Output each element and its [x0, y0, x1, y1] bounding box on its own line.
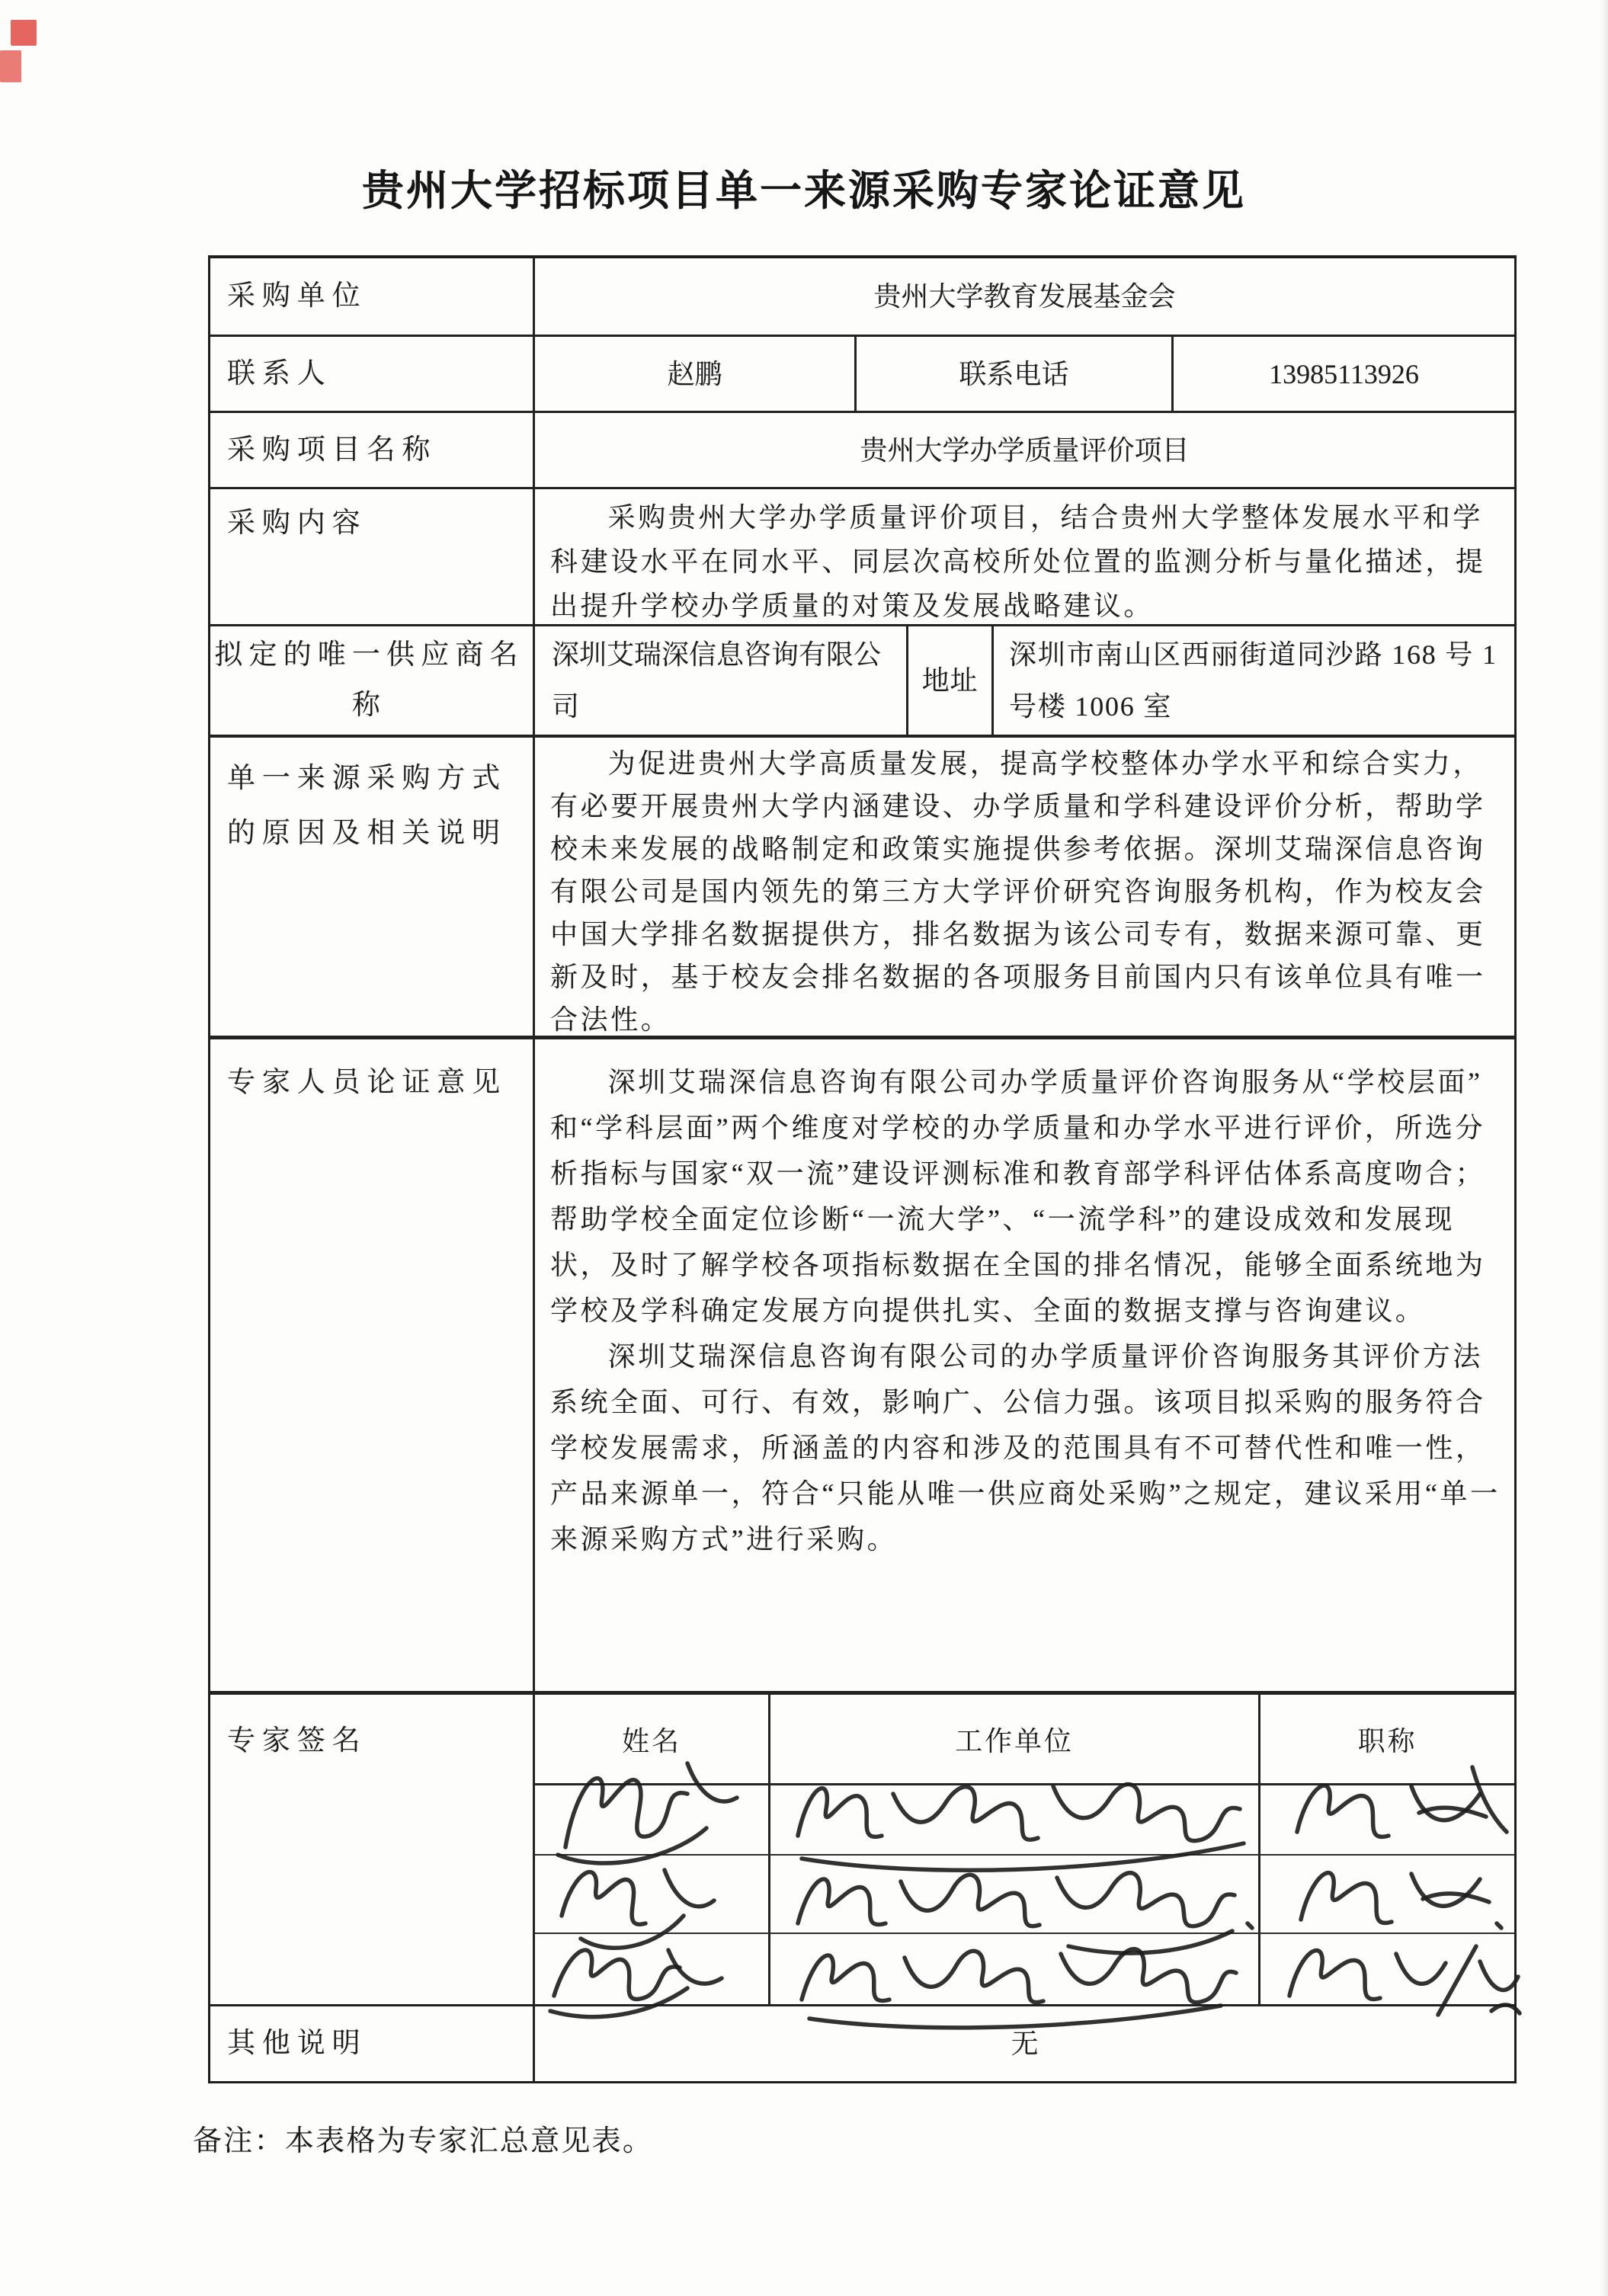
expert-signature-label: 专家签名 — [210, 1695, 533, 2004]
supplier-address: 深圳市南山区西丽街道同沙路 168 号 1 号楼 1006 室 — [991, 626, 1514, 735]
signature-row-1-title-cell — [1258, 1785, 1514, 1854]
procurement-opinion-table: 采购单位 贵州大学教育发展基金会 联系人 赵鹏 联系电话 13985113926… — [208, 255, 1517, 2083]
expert-opinion-paragraph-2: 深圳艾瑞深信息咨询有限公司的办学质量评价咨询服务其评价方法系统全面、可行、有效，… — [550, 1334, 1501, 1562]
contact-phone-label: 联系电话 — [854, 337, 1171, 411]
red-scan-artifact — [11, 20, 37, 46]
supplier-name: 深圳艾瑞深信息咨询有限公司 — [533, 626, 906, 735]
scan-edge-shadow — [1600, 0, 1608, 2296]
supplier-label: 拟定的唯一供应商名称 — [210, 626, 533, 735]
signature-header-row: 姓名 工作单位 职称 — [535, 1695, 1514, 1785]
signature-row-2 — [535, 1856, 1514, 1933]
expert-opinion-text: 深圳艾瑞深信息咨询有限公司办学质量评价咨询服务从“学校层面”和“学科层面”两个维… — [533, 1039, 1514, 1691]
purchase-content-label: 采购内容 — [210, 489, 533, 624]
expert-opinion-label: 专家人员论证意见 — [210, 1039, 533, 1691]
other-notes-label: 其他说明 — [210, 2006, 533, 2081]
signature-header-unit: 工作单位 — [768, 1695, 1258, 1783]
signature-row-1-unit-cell — [768, 1785, 1258, 1854]
document-title: 贵州大学招标项目单一来源采购专家论证意见 — [0, 157, 1608, 217]
signature-row-2-title-cell — [1258, 1856, 1514, 1932]
purchasing-unit-value: 贵州大学教育发展基金会 — [533, 258, 1514, 335]
contact-phone: 13985113926 — [1171, 337, 1514, 411]
signature-row-3 — [535, 1934, 1514, 2004]
signature-header-name: 姓名 — [535, 1695, 768, 1783]
row-purchasing-unit: 采购单位 贵州大学教育发展基金会 — [210, 258, 1514, 335]
row-other-notes: 其他说明 无 — [210, 2004, 1514, 2081]
single-source-reason-text: 为促进贵州大学高质量发展，提高学校整体办学水平和综合实力，有必要开展贵州大学内涵… — [533, 738, 1514, 1036]
signature-row-3-unit-cell — [768, 1934, 1258, 2004]
single-source-reason-label: 单一来源采购方式的原因及相关说明 — [210, 738, 533, 1036]
row-single-source-reason: 单一来源采购方式的原因及相关说明 为促进贵州大学高质量发展，提高学校整体办学水平… — [210, 735, 1514, 1036]
signature-row-1-name-cell — [535, 1785, 768, 1854]
signature-row-2-name-cell — [535, 1856, 768, 1932]
purchase-content-paragraph: 采购贵州大学办学质量评价项目，结合贵州大学整体发展水平和学科建设水平在同水平、同… — [550, 495, 1501, 628]
supplier-address-label: 地址 — [906, 626, 991, 735]
single-source-reason-paragraph: 为促进贵州大学高质量发展，提高学校整体办学水平和综合实力，有必要开展贵州大学内涵… — [550, 742, 1501, 1041]
row-expert-signatures: 专家签名 姓名 工作单位 职称 — [210, 1691, 1514, 2004]
purchase-content-text: 采购贵州大学办学质量评价项目，结合贵州大学整体发展水平和学科建设水平在同水平、同… — [533, 489, 1514, 624]
signature-row-1 — [535, 1785, 1514, 1856]
red-scan-artifact — [0, 50, 21, 82]
expert-opinion-paragraph-1: 深圳艾瑞深信息咨询有限公司办学质量评价咨询服务从“学校层面”和“学科层面”两个维… — [550, 1059, 1501, 1334]
purchasing-unit-label: 采购单位 — [210, 258, 533, 335]
row-purchase-content: 采购内容 采购贵州大学办学质量评价项目，结合贵州大学整体发展水平和学科建设水平在… — [210, 487, 1514, 624]
scanned-document-page: 贵州大学招标项目单一来源采购专家论证意见 采购单位 贵州大学教育发展基金会 联系… — [0, 0, 1608, 2296]
project-name-label: 采购项目名称 — [210, 413, 533, 487]
signature-row-2-unit-cell — [768, 1856, 1258, 1932]
contact-name: 赵鹏 — [533, 337, 854, 411]
signature-row-3-title-cell — [1258, 1934, 1514, 2004]
signature-header-title: 职称 — [1258, 1695, 1514, 1783]
footnote: 备注：本表格为专家汇总意见表。 — [193, 2117, 653, 2159]
row-supplier: 拟定的唯一供应商名称 深圳艾瑞深信息咨询有限公司 地址 深圳市南山区西丽街道同沙… — [210, 624, 1514, 735]
row-project-name: 采购项目名称 贵州大学办学质量评价项目 — [210, 411, 1514, 487]
project-name-value: 贵州大学办学质量评价项目 — [533, 413, 1514, 487]
signature-subtable: 姓名 工作单位 职称 — [533, 1695, 1514, 2004]
row-contact: 联系人 赵鹏 联系电话 13985113926 — [210, 335, 1514, 411]
signature-row-3-name-cell — [535, 1934, 768, 2004]
other-notes-value: 无 — [533, 2006, 1514, 2081]
contact-label: 联系人 — [210, 337, 533, 411]
row-expert-opinion: 专家人员论证意见 深圳艾瑞深信息咨询有限公司办学质量评价咨询服务从“学校层面”和… — [210, 1036, 1514, 1691]
